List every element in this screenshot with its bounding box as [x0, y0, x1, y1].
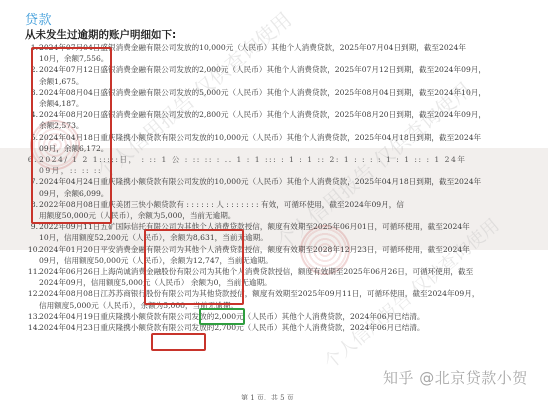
- item-number: 10.: [18, 244, 40, 255]
- item-text-cont: 09月，信用额度50,000元（人民币），余额为12,747，当前无逾期。: [10, 255, 540, 266]
- item-text: 2024年04月23日重庆隆携小额贷款有限公司发放的2,700元（人民币）其他个…: [10, 322, 540, 333]
- item-number: 5.: [24, 132, 38, 143]
- item-number: 13.: [18, 311, 40, 322]
- credit-report-page: 个人信用报告 仅供查询使用 个人信用报告 仅供查询使用 个人信用报告 仅供查询使…: [0, 0, 548, 400]
- item-number: 7.: [24, 176, 38, 187]
- item-text-cont: 余额1,675。: [10, 76, 540, 87]
- item-number: 3.: [24, 87, 38, 98]
- item-text: 2024年08月04日盛银消费金融有限公司发放的5,000元（人民币）其他个人消…: [10, 87, 540, 98]
- item-text: 2024年04月19日重庆隆携小额贷款有限公司发放的2,000元（人民币）其他个…: [10, 311, 540, 322]
- item-number: 11.: [18, 266, 40, 277]
- list-item: 9. 2022年09月11日五矿国际信托有限公司为其他个人消费贷款授信，额度有效…: [10, 221, 540, 243]
- list-item: 11. 2024年06月26日上海尚诚消费金融股份有限公司为其他个人消费贷款授信…: [10, 266, 540, 288]
- item-text: 2024年04月18日重庆隆携小额贷款有限公司发放的10,000元（人民币）其他…: [10, 132, 540, 143]
- item-text: 2024年07月12日盛银消费金融有限公司发放的2,000元（人民币）其他个人消…: [10, 64, 540, 75]
- item-text: 2024/ 1 2 1:::::日， : :: 1 公 : :: :: : ..…: [10, 154, 540, 165]
- list-item: 3. 2024年08月04日盛银消费金融有限公司发放的5,000元（人民币）其他…: [10, 87, 540, 109]
- item-text: 2024年04月24日重庆隆携小额贷款有限公司发放的10,000元（人民币）其他…: [10, 176, 540, 187]
- item-text: 2024年06月26日上海尚诚消费金融股份有限公司为其他个人消费贷款授信，额度有…: [10, 266, 540, 277]
- item-text-cont: 信用额度5,000元（人民币），余额为5,000，当前无逾期。: [10, 300, 540, 311]
- list-item: 14. 2024年04月23日重庆隆携小额贷款有限公司发放的2,700元（人民币…: [10, 322, 540, 333]
- item-text: 2024年08月20日盛银消费金融有限公司发放的2,800元（人民币）其他个人消…: [10, 109, 540, 120]
- item-number: 6.: [24, 154, 38, 165]
- list-item-redacted: 6. 2024/ 1 2 1:::::日， : :: 1 公 : :: :: :…: [10, 154, 540, 176]
- item-text-cont: 09月，:: :: ::: [10, 165, 540, 176]
- item-number: 2.: [24, 64, 38, 75]
- section-title: 贷款: [25, 9, 52, 28]
- item-text-cont: 10月，余额7,556。: [10, 53, 540, 64]
- item-number: 12.: [18, 288, 40, 299]
- page-number: 第 1 页，共 5 页: [241, 393, 294, 400]
- author-credit-watermark: 知乎 @北京贷款小贺: [383, 367, 528, 388]
- item-number: 1.: [24, 42, 38, 53]
- item-number: 4.: [24, 109, 38, 120]
- item-text: 2024年01月20日平安消费金融有限公司为其他个人消费贷款授信，额度有效期至2…: [10, 244, 540, 255]
- highlight-box-balance-12: [151, 333, 206, 351]
- list-item: 7. 2024年04月24日重庆隆携小额贷款有限公司发放的10,000元（人民币…: [10, 176, 540, 198]
- list-item: 1. 2024年07月04日盛银消费金融有限公司发放的10,000元（人民币）其…: [10, 42, 540, 64]
- page-heading: 从未发生过逾期的账户明细如下:: [25, 27, 176, 42]
- list-item: 5. 2024年04月18日重庆隆携小额贷款有限公司发放的10,000元（人民币…: [10, 132, 540, 154]
- list-item: 2. 2024年07月12日盛银消费金融有限公司发放的2,000元（人民币）其他…: [10, 64, 540, 86]
- item-number: 14.: [18, 322, 40, 333]
- item-number: 9.: [24, 221, 38, 232]
- item-text-cont: 10月，信用额度52,200元（人民币），余额为8,631，当前无逾期。: [10, 232, 540, 243]
- item-text-cont: 用额度50,000元（人民币），余额为5,000，当前无逾期。: [10, 210, 540, 221]
- item-text: 2024年07月04日盛银消费金融有限公司发放的10,000元（人民币）其他个人…: [10, 42, 540, 53]
- item-text: 2024年08月08日江苏苏商银行股份有限公司为其他贷款授信，额度有效期至202…: [10, 288, 540, 299]
- item-text: 2022年08月08日重庆美团三快小额贷款有 : : : : : : 人 : :…: [10, 199, 540, 210]
- item-text: 2022年09月11日五矿国际信托有限公司为其他个人消费贷款授信，额度有效期至2…: [10, 221, 540, 232]
- item-number: 8.: [24, 199, 38, 210]
- list-item: 12. 2024年08月08日江苏苏商银行股份有限公司为其他贷款授信，额度有效期…: [10, 288, 540, 310]
- item-text-cont: 09月，余额6,172。: [10, 143, 540, 154]
- item-text-cont: 09月，余额6,099。: [10, 188, 540, 199]
- list-item: 10. 2024年01月20日平安消费金融有限公司为其他个人消费贷款授信，额度有…: [10, 244, 540, 266]
- item-text-cont: 余额4,187。: [10, 98, 540, 109]
- item-text-cont: 2024年09月，信用额度5,000元（人民币） 余额为0，当前无逾期。: [10, 277, 540, 288]
- list-item: 4. 2024年08月20日盛银消费金融有限公司发放的2,800元（人民币）其他…: [10, 109, 540, 131]
- loan-account-list: 1. 2024年07月04日盛银消费金融有限公司发放的10,000元（人民币）其…: [10, 42, 540, 333]
- item-text-cont: 余额2,573。: [10, 120, 540, 131]
- list-item: 8. 2022年08月08日重庆美团三快小额贷款有 : : : : : : 人 …: [10, 199, 540, 221]
- list-item: 13. 2024年04月19日重庆隆携小额贷款有限公司发放的2,000元（人民币…: [10, 311, 540, 322]
